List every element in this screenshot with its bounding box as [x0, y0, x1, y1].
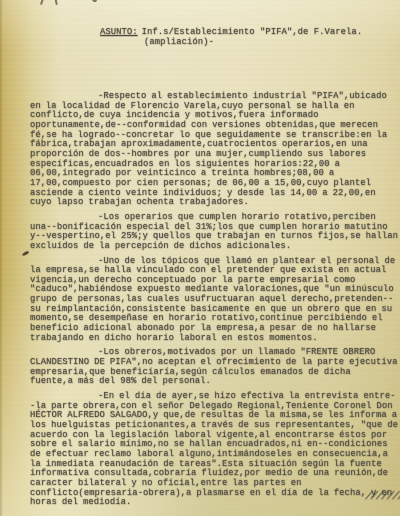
paragraph-establishment-overview: -Respecto al establecimiento industrial …	[30, 92, 398, 208]
document-subject-header: ASUNTO:Inf.s/Establecimiento "PIFA",de F…	[100, 27, 362, 47]
pen-mark	[40, 0, 44, 5]
document-body: -Respecto al establecimiento industrial …	[30, 92, 398, 513]
subject-line: ASUNTO:Inf.s/Establecimiento "PIFA",de F…	[100, 27, 362, 37]
continuation-slashes: ////////	[363, 491, 400, 503]
scanned-document-page: ASUNTO:Inf.s/Establecimiento "PIFA",de F…	[0, 0, 400, 516]
paragraph-shift-bonuses: -Los operarios que cumplen horario rotat…	[30, 213, 398, 252]
ink-speck	[22, 251, 29, 256]
paragraph-workers-front: -Los obreros,motivados por un llamado "F…	[30, 348, 398, 387]
subject-label: ASUNTO:	[100, 27, 138, 37]
paper-left-edge	[0, 0, 3, 516]
paragraph-disputed-right: -Uno de los tópicos que llamó en plantea…	[30, 257, 398, 344]
subject-amplification: (ampliación)-	[100, 37, 362, 47]
pen-mark	[54, 0, 58, 5]
pen-mark	[91, 0, 97, 3]
paragraph-regional-delegate-meeting: -En el día de ayer,se hizo efectiva la e…	[30, 392, 398, 508]
subject-text: Inf.s/Establecimiento "PIFA",de F.Varela…	[142, 27, 363, 37]
